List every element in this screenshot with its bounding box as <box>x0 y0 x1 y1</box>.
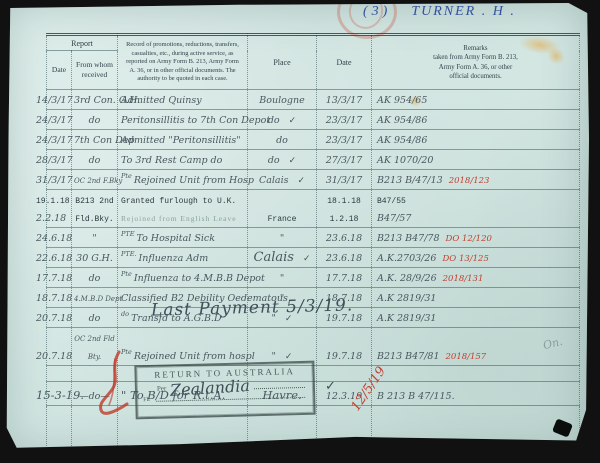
header-row-report: Report Record of promotions, reductions,… <box>47 35 580 51</box>
cell-remarks: B213 B/47/132018/123 <box>372 170 580 190</box>
entry-text: 24/3/17 <box>36 115 73 126</box>
red-scribble-mark <box>89 349 133 423</box>
entry-text: 31/3/17 <box>36 175 73 186</box>
check-mark-icon: ✓ <box>298 175 306 185</box>
entry-text: 19.1.18 <box>36 197 70 206</box>
entry-text: B213 B47/81 <box>377 351 440 362</box>
cell-date2: 18.1.181.2.18 <box>317 190 372 228</box>
cell-from-whom: 30 G.H. <box>72 248 118 268</box>
entry-text: A.K.2703/26 <box>377 253 436 264</box>
entry-text: 18.7.18 <box>36 293 72 304</box>
header-date: Date <box>317 35 372 90</box>
cell-date: 17.7.18 <box>47 268 72 288</box>
cell-record: Admitted "Peritonsillitis" <box>118 130 248 150</box>
entry-text: Granted furlough to U.K. <box>121 197 236 206</box>
entry-text: 24/3/17 <box>36 135 73 146</box>
entry-text: 2.2.18 <box>36 213 66 224</box>
cell-date: 22.6.18 <box>47 248 72 268</box>
cell-record: Granted furlough to U.K.Rejoined from En… <box>118 190 248 228</box>
return-to-australia-stamp: RETURN TO AUSTRALIA Per Zealandia Flt <box>134 361 315 420</box>
cell-from-whom: 3rd Con. G.H. <box>72 90 118 110</box>
cell-date2: 31/3/17 <box>317 170 372 190</box>
cell-record: PTETo Hospital Sick <box>118 228 248 248</box>
table-row: 19.1.182.2.18B213 2ndFld.Bky.Granted fur… <box>47 190 580 228</box>
cell-from-whom: 7th Con Dep <box>72 130 118 150</box>
cell-from-whom: B213 2ndFld.Bky. <box>72 190 118 228</box>
entry-text: 28/3/17 <box>36 155 73 166</box>
title-name: TURNER . H . <box>411 4 516 19</box>
cell-date: 20.7.18 <box>47 328 72 366</box>
stamp-per-label: Per <box>157 385 167 393</box>
red-annotation: DO 12/120 <box>446 234 492 244</box>
entry-text: 4.M.B.D Dept <box>74 295 122 303</box>
entry-text: AK 954/86 <box>377 115 427 126</box>
cell-remarks: AK 954/86 <box>372 130 580 150</box>
entry-text: 17.7.18 <box>326 273 362 284</box>
check-mark-icon: ✓ <box>289 155 297 165</box>
cell-date: 24.6.18 <box>47 228 72 248</box>
cell-remarks: A.K 2819/31 <box>372 288 580 308</box>
cell-remarks: AK 1070/20 <box>372 150 580 170</box>
card-title: (3)TURNER . H . <box>363 4 516 20</box>
cell-place: Boulogne <box>248 90 317 110</box>
entry-text: Fld.Bky. <box>75 215 113 224</box>
entry-text: Rejoined from English Leave <box>121 214 237 223</box>
cell-date <box>47 406 72 463</box>
entry-text: 27/3/17 <box>326 155 363 166</box>
entry-text: do <box>268 115 280 126</box>
entry-text: A.K. 28/9/26 <box>377 273 437 284</box>
entry-text: AK 1070/20 <box>377 155 433 166</box>
entry-text: 15-3-19. <box>36 388 84 402</box>
cell-remarks: B47/55B47/57 <box>372 190 580 228</box>
entry-text: Rejoined Unit from hospl <box>134 351 255 362</box>
table-row: 31/3/17OC 2nd F.BkyPteRejoined Unit from… <box>47 170 580 190</box>
entry-text: Admitted Quinsy <box>121 95 202 106</box>
title-number: (3) <box>363 4 391 19</box>
cell-date: 14/3/17 <box>47 90 72 110</box>
stamp-dotted-line <box>254 387 305 389</box>
cell-date: 24/3/17 <box>47 110 72 130</box>
cell-record: To 3rd Rest Camp do <box>118 150 248 170</box>
record-card: (3)TURNER . H . Report Record of promoti… <box>5 3 589 455</box>
table-row: 24/3/17doPeritonsillitis to 7th Con Depo… <box>47 110 580 130</box>
entry-text: 17.7.18 <box>36 273 72 284</box>
entry-text: 23/3/17 <box>326 115 363 126</box>
red-annotation: 2018/157 <box>446 352 487 362</box>
cell-record: PTE.Influenza Adm <box>118 248 248 268</box>
entry-text: OC 2nd Fld <box>74 335 115 343</box>
cell-date: 18.7.18 <box>47 288 72 308</box>
check-mark-icon: ✓ <box>285 351 293 361</box>
entry-text: 23.6.18 <box>326 233 362 244</box>
cell-place: " <box>248 228 317 248</box>
entry-text: Calais <box>254 250 294 265</box>
entry-text: B213 B/47/13 <box>377 175 443 186</box>
cell-date2: 19.7.18 <box>317 328 372 366</box>
entry-text: B47/55 <box>377 197 406 206</box>
table-row: 17.7.18doPteInfluenza to 4.M.B.B Depot"1… <box>47 268 580 288</box>
entry-text: 14/3/17 <box>36 95 73 106</box>
entry-text: 31/3/17 <box>326 175 363 186</box>
entry-text: Pte <box>121 270 132 278</box>
entry-text: Calais <box>259 175 289 186</box>
table-row: 24.6.18"PTETo Hospital Sick"23.6.18B213 … <box>47 228 580 248</box>
cell-place: do <box>248 130 317 150</box>
cell-date: 24/3/17 <box>47 130 72 150</box>
cell-record: PteRejoined Unit from hospl <box>118 328 248 366</box>
entry-text: A.K 2819/31 <box>377 313 436 324</box>
entry-text: 13/3/17 <box>326 95 363 106</box>
red-annotation: 2018/123 <box>449 176 490 186</box>
entry-text: To 3rd Rest Camp do <box>121 155 222 166</box>
cell-remarks <box>372 366 580 382</box>
check-mark-icon: ✓ <box>303 253 311 263</box>
cell-from-whom: " <box>72 228 118 248</box>
cell-from-whom: do <box>72 308 118 328</box>
cell-date <box>47 366 72 382</box>
header-report: Report <box>47 35 118 51</box>
header-report-date: Date <box>47 51 72 90</box>
cell-date: 19.1.182.2.18 <box>47 190 72 228</box>
cell-remarks: B213 B47/78DO 12/120 <box>372 228 580 248</box>
header-report-from: From whom received <box>72 51 118 90</box>
entry-text: do <box>268 155 280 166</box>
entry-text: Pte <box>121 172 132 180</box>
entry-text: do <box>89 273 101 284</box>
entry-text: B 213 B 47/115. <box>377 391 455 402</box>
table-row: 14/3/173rd Con. G.H.Admitted QuinsyBoulo… <box>47 90 580 110</box>
entry-text: PTE <box>121 230 134 238</box>
cell-place: "✓ <box>248 328 317 366</box>
entry-text: 19.7.18 <box>326 351 362 362</box>
cell-date2: 23.6.18 <box>317 228 372 248</box>
red-annotation: DO 13/125 <box>442 254 488 264</box>
entry-text: " <box>272 351 276 362</box>
cell-date2: 23.6.18 <box>317 248 372 268</box>
cell-date2: 27/3/17 <box>317 150 372 170</box>
cell-record: PteInfluenza to 4.M.B.B Depot <box>118 268 248 288</box>
entry-text: Influenza Adm <box>139 253 209 264</box>
red-annotation: 2018/131 <box>443 274 484 284</box>
table-header: Report Record of promotions, reductions,… <box>47 35 580 90</box>
entry-text: To Hospital Sick <box>136 233 215 244</box>
entry-text: 20.7.18 <box>36 351 72 362</box>
entry-text: Peritonsillitis to 7th Con Depot <box>121 115 270 126</box>
cell-date2: 23/3/17 <box>317 110 372 130</box>
cell-place: Calais✓ <box>248 248 317 268</box>
entry-text: " <box>280 273 284 284</box>
table-row: 24/3/177th Con DepAdmitted "Peritonsilli… <box>47 130 580 150</box>
stamp-flt-label: Flt <box>143 397 150 403</box>
cell-date2: 17.7.18 <box>317 268 372 288</box>
cell-remarks: AK 954/86 <box>372 110 580 130</box>
cell-date2: 23/3/17 <box>317 130 372 150</box>
cell-date2: 13/3/17 <box>317 90 372 110</box>
entry-text: " <box>280 233 284 244</box>
entry-text: 22.6.18 <box>36 253 72 264</box>
entry-text: A.K 2819/31 <box>377 293 436 304</box>
table-row: 22.6.1830 G.H.PTE.Influenza AdmCalais✓23… <box>47 248 580 268</box>
entry-text: AK 954/86 <box>377 135 427 146</box>
entry-text: Influenza to 4.M.B.B Depot <box>134 273 265 284</box>
header-remarks: Remarks taken from Army Form B. 213, Arm… <box>372 35 580 90</box>
cell-place: Calais✓ <box>248 170 317 190</box>
entry-text: OC 2nd F.Bky <box>74 177 122 185</box>
cell-remarks: A.K. 28/9/262018/131 <box>372 268 580 288</box>
entry-text: do <box>89 115 101 126</box>
header-place: Place <box>248 35 317 90</box>
check-mark-icon: ✓ <box>289 115 297 125</box>
entry-text: 18.1.18 <box>327 197 361 206</box>
table-row: 28/3/17doTo 3rd Rest Camp dodo✓27/3/17AK… <box>47 150 580 170</box>
entry-text: 30 G.H. <box>76 253 113 264</box>
cell-date: 31/3/17 <box>47 170 72 190</box>
cell-record: Peritonsillitis to 7th Con Depot <box>118 110 248 130</box>
cell-record: PteRejoined Unit from Hosp <box>118 170 248 190</box>
entry-text: do <box>89 155 101 166</box>
entry-text: " <box>92 233 96 244</box>
entry-text: Boulogne <box>259 95 304 106</box>
cell-remarks: A.K.2703/26DO 13/125 <box>372 248 580 268</box>
entry-text: 23/3/17 <box>326 135 363 146</box>
entry-text: France <box>268 215 297 224</box>
entry-text: 24.6.18 <box>36 233 72 244</box>
cell-from-whom: do <box>72 150 118 170</box>
cell-remarks: B 213 B 47/115. <box>372 382 580 406</box>
cell-date: 15-3-19. <box>47 382 72 406</box>
entry-text: 1.2.18 <box>330 215 359 224</box>
check-mark-icon: ✓ <box>325 378 336 394</box>
header-record: Record of promotions, reductions, transf… <box>118 35 248 90</box>
cell-date: 20.7.18 <box>47 308 72 328</box>
cell-date: 28/3/17 <box>47 150 72 170</box>
entry-text: B213 2nd <box>75 197 113 206</box>
entry-text: do <box>89 313 101 324</box>
entry-text: Admitted "Peritonsillitis" <box>121 135 241 146</box>
cell-from-whom: do <box>72 268 118 288</box>
entry-text: do <box>121 310 129 318</box>
entry-text: AK 954/65 <box>377 95 427 106</box>
cell-from-whom: do <box>72 110 118 130</box>
cell-date2 <box>317 406 372 463</box>
cell-remarks: AK 954/65 <box>372 90 580 110</box>
entry-text: B47/57 <box>377 213 411 224</box>
entry-text: 20.7.18 <box>36 313 72 324</box>
cell-remarks <box>372 406 580 463</box>
cell-from-whom: OC 2nd F.Bky <box>72 170 118 190</box>
entry-text: Rejoined Unit from Hosp <box>134 175 254 186</box>
entry-text: do <box>276 135 288 146</box>
cell-from-whom: 4.M.B.D Dept <box>72 288 118 308</box>
entry-text: 23.6.18 <box>326 253 362 264</box>
cell-remarks: A.K 2819/31 <box>372 308 580 328</box>
entry-text: PTE. <box>121 250 137 258</box>
entry-text: B213 B47/78 <box>377 233 440 244</box>
cell-place: do✓ <box>248 150 317 170</box>
cell-record: Admitted Quinsy <box>118 90 248 110</box>
cell-place: France <box>248 190 317 228</box>
